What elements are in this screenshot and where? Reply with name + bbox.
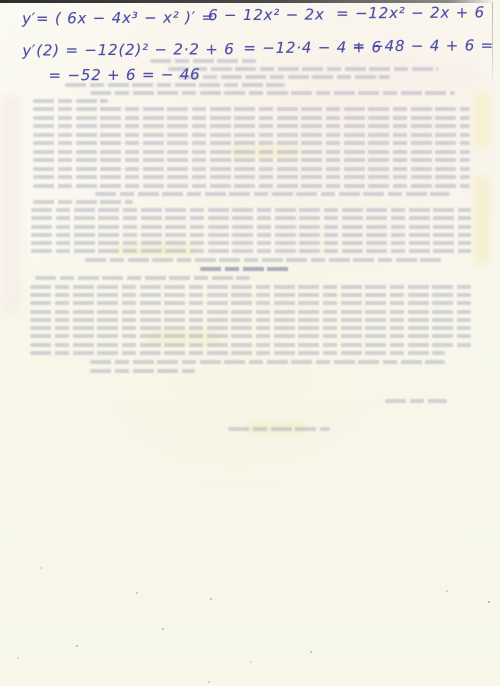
ghost-text-line (33, 99, 108, 103)
ghost-text-line (35, 276, 250, 280)
ghost-text-line (85, 258, 443, 262)
ghost-text-line (31, 225, 471, 229)
ghost-text-line (90, 369, 195, 373)
dust-speck (446, 590, 448, 592)
ghost-text-line (30, 334, 471, 338)
ghost-text-line (30, 326, 471, 330)
ghost-text-line (31, 216, 471, 220)
dust-speck (208, 681, 210, 683)
paper-stain (320, 58, 480, 90)
ghost-text-line (30, 318, 471, 322)
dust-speck (40, 567, 42, 569)
ghost-text-line (30, 285, 471, 289)
ghost-text-line (228, 427, 330, 431)
ghost-text-line (31, 241, 471, 245)
ghost-text-line (30, 293, 471, 297)
ghost-text-line (33, 124, 470, 128)
math-derivative-result: 6 − 12x² − 2x (208, 5, 325, 24)
math-derivative-expression: y′= ( 6x − 4x³ − x² )′ = (22, 8, 215, 27)
ghost-text-line (33, 141, 470, 145)
ghost-text-line (33, 175, 470, 179)
ghost-text-line (200, 267, 292, 271)
ghost-text-line (30, 343, 471, 347)
dust-speck (210, 598, 212, 600)
paper-stain (474, 90, 490, 150)
ghost-text-line (168, 67, 438, 71)
paper-stain (474, 175, 490, 265)
ghost-text-line (33, 116, 470, 120)
ghost-text-line (385, 399, 447, 403)
paper-stain (0, 95, 22, 315)
ghost-text-line (31, 249, 471, 253)
math-evaluation-step-2: = −48 − 4 + 6 = (352, 36, 494, 55)
dust-speck (310, 651, 312, 653)
ghost-text-line (31, 208, 471, 212)
dust-speck (17, 657, 19, 659)
ghost-text-line (33, 200, 133, 204)
math-derivative-simplified: = −12x² − 2x + 6 (336, 3, 485, 22)
ghost-text-line (33, 150, 470, 154)
ghost-text-line (150, 59, 260, 63)
dust-speck (136, 592, 138, 594)
ghost-text-line (31, 233, 471, 237)
ghost-text-line (33, 158, 470, 162)
ghost-text-line (33, 107, 470, 111)
ghost-text-line (90, 91, 455, 95)
dust-speck (250, 661, 252, 663)
ghost-text-line (178, 75, 390, 79)
ghost-text-line (30, 310, 471, 314)
ghost-text-line (90, 360, 445, 364)
math-final-answer: = −52 + 6 = − 46 (48, 65, 200, 84)
ghost-text-line (33, 133, 470, 137)
ghost-text-line (33, 167, 470, 171)
dust-speck (162, 628, 164, 630)
ghost-text-line (30, 301, 471, 305)
scanned-page: y′= ( 6x − 4x³ − x² )′ = 6 − 12x² − 2x =… (0, 0, 500, 686)
scan-top-edge-artifact (0, 0, 500, 3)
ghost-text-line (30, 351, 445, 355)
ghost-text-line (95, 192, 450, 196)
dust-speck (488, 601, 490, 603)
dust-speck (76, 645, 78, 647)
ghost-text-line (33, 184, 470, 188)
math-evaluation-at-2: y′(2) = −12(2)² − 2·2 + 6 (22, 40, 234, 59)
